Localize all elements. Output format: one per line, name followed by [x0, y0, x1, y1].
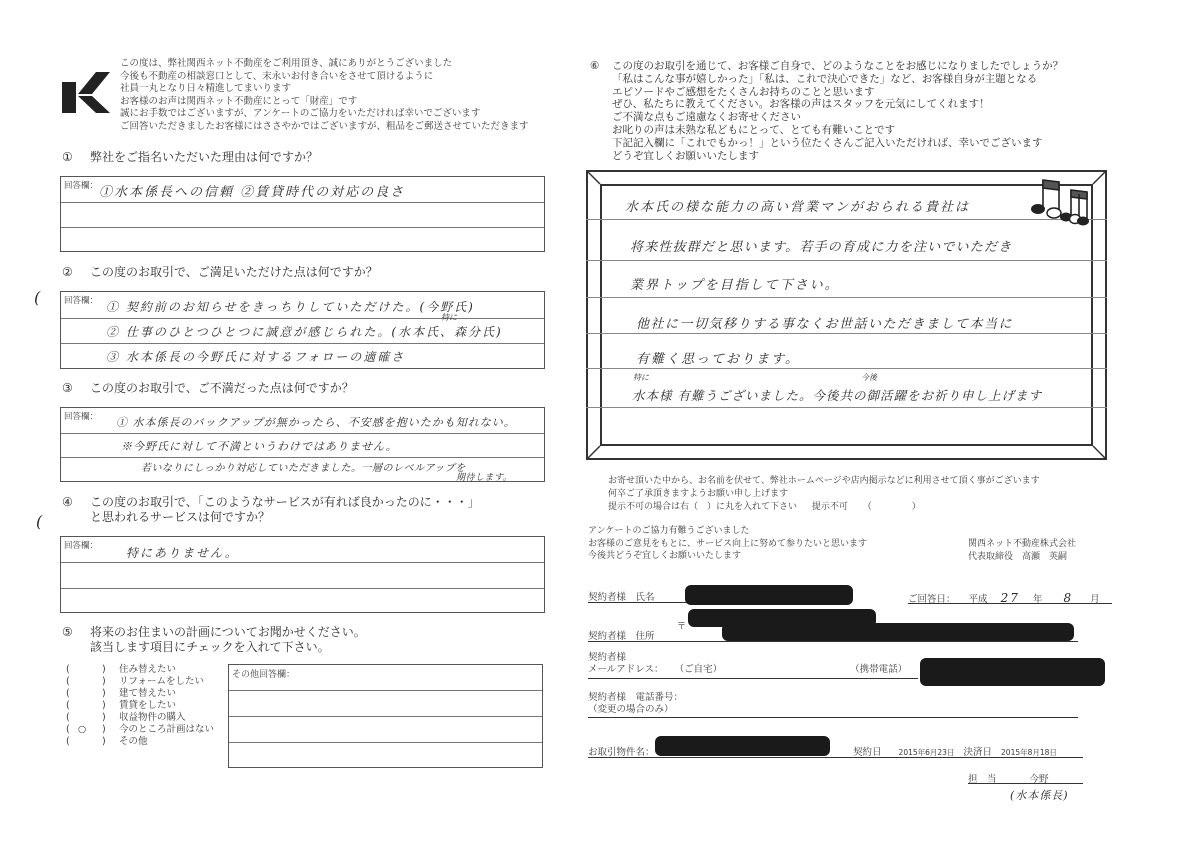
answer-box-q3[interactable]: 回答欄： ① 水本係長のバックアップが無かったら、不安感を抱いたかも知れない。 … [60, 407, 545, 482]
checkbox-paren: ) [102, 688, 106, 700]
thanks-line: アンケートのご協力有難うございました [588, 525, 867, 538]
email-label: メールアドレス： [588, 664, 664, 675]
intro-line: 誠にお手数ではございますが、アンケートのご協力をいただければ幸いでございます [120, 108, 529, 121]
answer-box-q5-other[interactable]: その他回答欄： [228, 664, 543, 768]
board-annotation: 特に [633, 372, 649, 383]
board-answer-line: 水本様 有難うございました。今後共の御活躍をお祈り申し上げます [632, 386, 1042, 404]
contract-date-value: 2015年6月23日 [899, 748, 955, 757]
board-answer-line: 将来性抜群だと思います。若手の育成に力を注いでいただき [630, 236, 1012, 255]
email-mobile-label: （携帯電話） [850, 664, 907, 675]
answer-box-q1[interactable]: 回答欄： ①水本係長への信頼 ②賃貸時代の対応の良さ [60, 176, 545, 252]
refuse-checkbox[interactable]: （） [863, 502, 921, 512]
redacted-name-field[interactable] [685, 585, 853, 605]
option-label: 収益物件の購入 [119, 712, 186, 724]
redacted-mobile-email-field[interactable] [920, 658, 1105, 686]
question-number: ⑤ [62, 625, 90, 640]
answer-box-q4[interactable]: 回答欄： 特にありません。 [60, 536, 545, 613]
option-label: リフォームをしたい [119, 676, 204, 688]
question-text: この度のお取引を通じて、お客様ご自身で、どのようなことをお感じになりましたでしょ… [612, 60, 1063, 72]
board-answer-line: 有難く思っております。 [636, 348, 800, 367]
notice-line: 何卒ご了承頂きますようお願い申し上げます [608, 488, 1040, 501]
checkbox-mark[interactable]: ○ [78, 724, 86, 736]
board-annotation: 今後 [861, 372, 877, 383]
question-4: ④この度のお取引で、「このようなサービスが有れば良かったのに・・・」 と思われる… [62, 495, 480, 525]
staff-note: (水本係長) [1010, 787, 1069, 803]
answer-label: 回答欄： [64, 179, 98, 191]
margin-mark: ( [34, 288, 42, 307]
checkbox-paren: ( [66, 712, 70, 724]
option-label: 賃貸をしたい [119, 700, 176, 712]
thanks-message: アンケートのご協力有難うございました お客様のご意見をもとに、サービス向上に努め… [588, 525, 867, 563]
redacted-property-field[interactable] [655, 736, 830, 756]
answer-box-q2[interactable]: 回答欄： ① 契約前のお知らせをきっちりしていただけた。(今野氏) ② 仕事のひ… [60, 291, 545, 369]
question-6: ⑥この度のお取引を通じて、お客様ご自身で、どのようなことをお感じになりましたでし… [590, 60, 1063, 162]
answer-label: 回答欄： [64, 294, 98, 306]
question-2: ②この度のお取引で、ご満足いただけた点は何ですか？ [62, 265, 378, 280]
intro-line: この度は、弊社関西ネット不動産をご利用頂き、誠にありがとうございました [120, 58, 529, 71]
answer-label: 回答欄： [64, 410, 98, 422]
checkbox-paren: ( [66, 736, 70, 748]
option-label: 住み替えたい [119, 664, 176, 676]
answer-line: 若いなりにしっかり対応していただきました。一層のレベルアップを [141, 459, 466, 474]
checkbox-paren: ) [102, 724, 106, 736]
question-number: ② [62, 265, 90, 280]
checkbox-paren: ( [66, 724, 70, 736]
board-answer-line: 他社に一切気移りする事なくお世話いただきまして本当に [636, 313, 1013, 332]
address-label: 契約者様 住所 [588, 628, 655, 642]
notice-line: お寄せ頂いた中から、お名前を伏せて、弊社ホームページや店内掲示などに利用させて頂… [608, 475, 1040, 488]
checkbox-paren: ( [66, 676, 70, 688]
intro-text: この度は、弊社関西ネット不動産をご利用頂き、誠にありがとうございました 今後も不… [120, 58, 529, 134]
option-label: 今のところ計画はない [119, 724, 214, 736]
representative-name: 代表取締役 高瀬 英嗣 [968, 551, 1076, 564]
answer-label: 回答欄： [64, 539, 98, 551]
paren-open: （ [863, 502, 872, 512]
question-text: 該当します項目にチェックを入れて下さい。 [62, 640, 366, 655]
answer-line: ① 契約前のお知らせをきっちりしていただけた。(今野氏) [106, 298, 475, 315]
question-text: この度のお取引で、「このようなサービスが有れば良かったのに・・・」 [90, 495, 480, 509]
settlement-date-value: 2015年8月18日 [1001, 748, 1057, 757]
checkbox-paren: ) [102, 700, 106, 712]
answer-line: ①水本係長への信頼 ②賃貸時代の対応の良さ [99, 181, 405, 200]
thanks-line: 今後共どうぞ宜しくお願いいたします [588, 550, 867, 563]
phone-note: （変更の場合のみ） [588, 704, 683, 716]
question-text: どうぞ宜しくお願いいたします [590, 150, 1063, 163]
phone-field: 契約者様 電話番号： （変更の場合のみ） [588, 692, 683, 716]
intro-line: ご回答いただきましたお客様にはささやかではございますが、粗品をご郵送させていただ… [120, 121, 529, 134]
answer-line: 期待します。 [456, 470, 512, 483]
answer-line: ① 水本係長のバックアップが無かったら、不安感を抱いたかも知れない。 [116, 414, 516, 430]
answer-line: 特にありません。 [126, 544, 239, 561]
intro-line: 今後も不動産の相談窓口として、末永いお付き合いをさせて頂けるように [120, 71, 529, 84]
checkbox-paren: ) [102, 664, 106, 676]
checkbox-paren: ) [102, 712, 106, 724]
question-text: 弊社をご指名いただいた理由は何ですか？ [90, 150, 318, 164]
question-number: ③ [62, 381, 90, 396]
publish-notice: お寄せ頂いた中から、お名前を伏せて、弊社ホームページや店内掲示などに利用させて頂… [608, 475, 1040, 514]
company-k-logo-icon [60, 70, 110, 115]
question-text: 「私はこんな事が嬉しかった」「私は、これで決心できた」など、お客様自身が主題とな… [590, 73, 1063, 86]
music-notes-icon [1025, 172, 1105, 227]
paren-close: ） [912, 502, 921, 512]
question-text: この度のお取引で、ご満足いただけた点は何ですか？ [90, 265, 378, 279]
option-label: 建て替えたい [119, 688, 176, 700]
email-field: 契約者様 メールアドレス： （ご自宅） （携帯電話） [588, 652, 907, 676]
answer-label: その他回答欄： [232, 667, 295, 680]
answer-line: ※今野氏に対して不満というわけではありません。 [121, 438, 398, 454]
question-text: 下記記入欄に「これでもかっ！」という位たくさんご記入いただければ、幸いでございま… [590, 137, 1063, 150]
question-text: と思われるサービスは何ですか？ [62, 510, 480, 525]
question-text: エピソードやご感想をたくさんお持ちのことと思います [590, 86, 1063, 99]
board-answer-line: 業界トップを目指して下さい。 [630, 274, 840, 293]
board-answer-line: 水本氏の様な能力の高い営業マンがおられる貴社は [625, 196, 970, 215]
question-text: ⑥この度のお取引を通じて、お客様ご自身で、どのようなことをお感じになりましたでし… [590, 60, 1063, 73]
checkbox-paren: ( [66, 664, 70, 676]
property-label: お取引物件名： [588, 744, 655, 758]
question-number: ⑥ [590, 60, 612, 73]
question-text: 将来のお住まいの計画についてお聞かせください。 [90, 625, 366, 639]
company-name: 関西ネット不動産株式会社 [968, 538, 1076, 551]
name-label: 契約者様 氏名 [588, 589, 655, 603]
notice-line: 提示不可の場合は右（ ）に丸を入れて下さい [608, 502, 797, 512]
intro-line: 社員一丸となり日々精進してまいります [120, 83, 529, 96]
redacted-address-field[interactable] [722, 623, 1074, 641]
question-3: ③この度のお取引で、ご不満だった点は何ですか？ [62, 381, 354, 396]
checkbox-paren: ( [66, 688, 70, 700]
checkbox-paren: ) [102, 676, 106, 688]
thanks-line: お客様のご意見をもとに、サービス向上に努めて参りたいと思います [588, 538, 867, 551]
question-text: この度のお取引で、ご不満だった点は何ですか？ [90, 381, 354, 395]
contract-dates: 契約日 2015年6月23日 決済日 2015年8月18日 [853, 744, 1057, 758]
postal-mark: 〒 [677, 619, 686, 632]
company-signature: 関西ネット不動産株式会社 代表取締役 高瀬 英嗣 [968, 538, 1076, 563]
email-home-label: （ご自宅） [675, 664, 723, 675]
checkbox-paren: ) [102, 736, 106, 748]
question-number: ① [62, 150, 90, 165]
margin-mark: ( [36, 512, 44, 531]
question-1: ①弊社をご指名いただいた理由は何ですか？ [62, 150, 318, 165]
refuse-label: 提示不可 [812, 502, 848, 512]
question-5: ⑤将来のお住まいの計画についてお聞かせください。 該当します項目にチェックを入れ… [62, 625, 366, 655]
checkbox-paren: ( [66, 700, 70, 712]
question-text: ぜひ、私たちに教えてください。お客様の声はスタッフを元気にしてくれます！ [590, 98, 1063, 111]
answer-annotation: 特に [441, 312, 457, 323]
phone-label: 契約者様 電話番号： [588, 692, 683, 704]
intro-line: お客様のお声は関西ネット不動産にとって「財産」です [120, 96, 529, 109]
email-label: 契約者様 [588, 652, 907, 664]
answer-line: ② 仕事のひとつひとつに誠意が感じられた。(水本氏、森分氏) [106, 323, 503, 340]
question-text: お叱りの声は未熟な私どもにとって、とても有難いことです [590, 124, 1063, 137]
answer-line: ③ 水本係長の今野氏に対するフォローの適確さ [106, 348, 405, 365]
question-number: ④ [62, 495, 90, 510]
question-text: ご不満な点もご遠慮なくお寄せください [590, 111, 1063, 124]
option-label: その他 [119, 736, 148, 748]
